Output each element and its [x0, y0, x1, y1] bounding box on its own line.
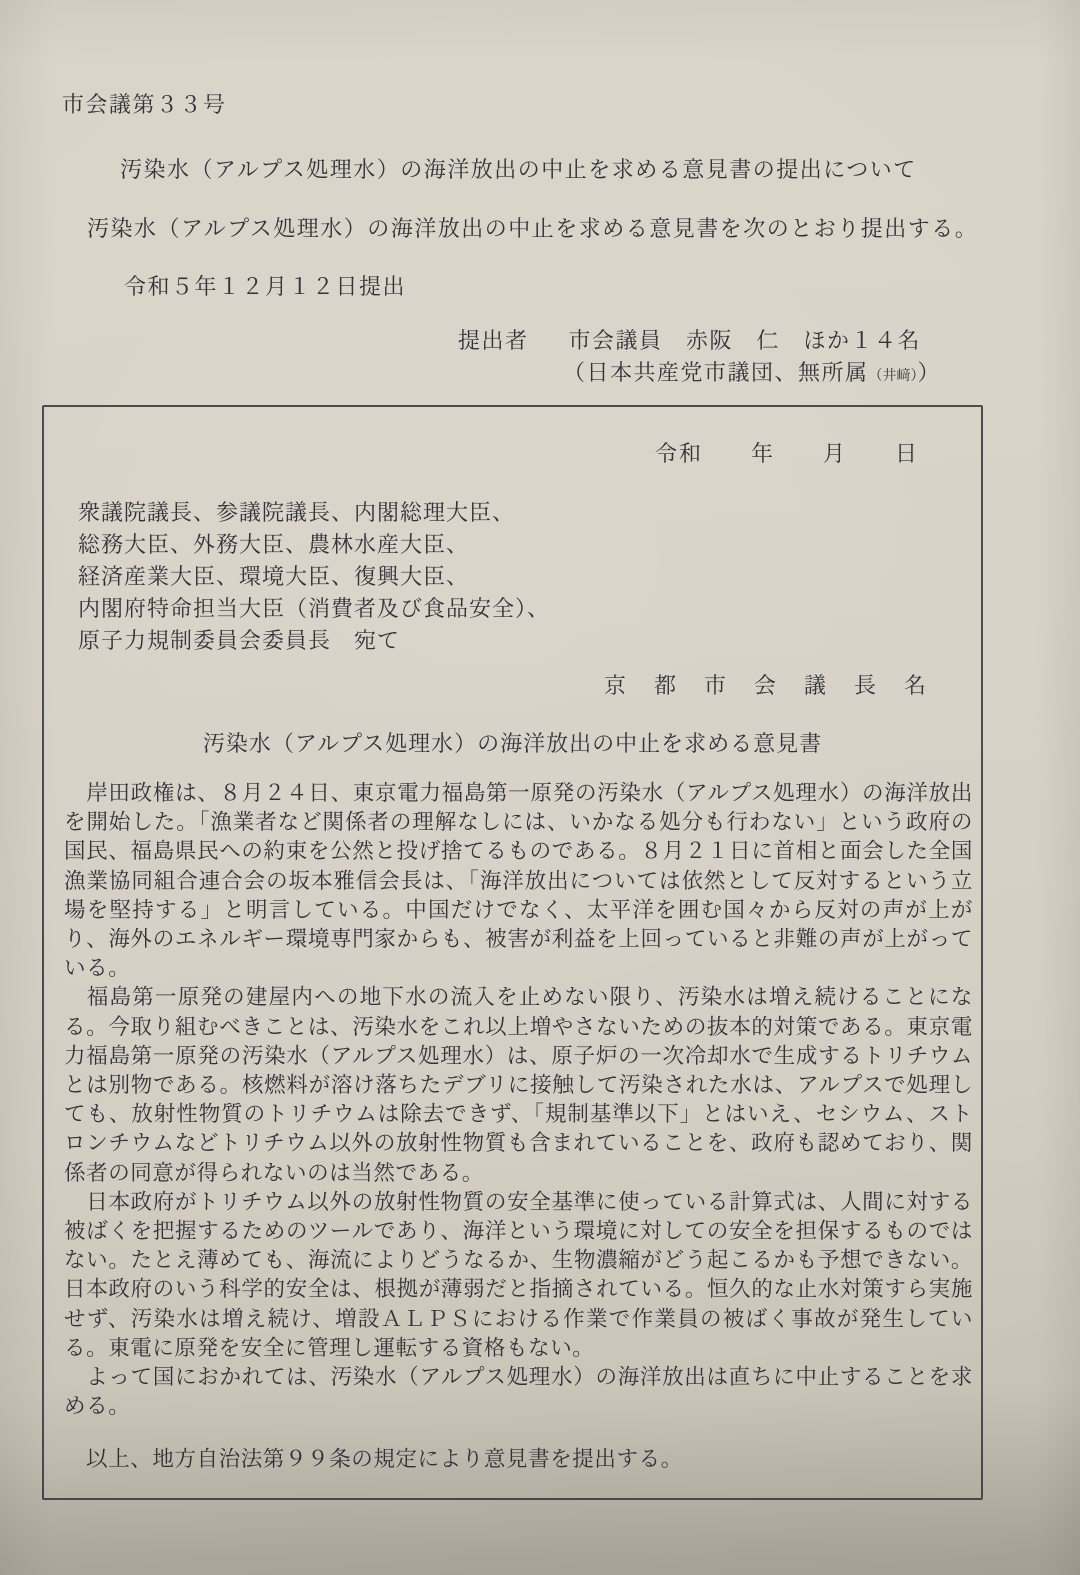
subject-title: 汚染水（アルプス処理水）の海洋放出の中止を求める意見書の提出について [120, 153, 917, 184]
addressee-line: 経済産業大臣、環境大臣、復興大臣、 [78, 561, 550, 593]
body-paragraph: 日本政府がトリチウム以外の放射性物質の安全基準に使っている計算式は、人間に対する… [64, 1188, 973, 1363]
submission-statement: 汚染水（アルプス処理水）の海洋放出の中止を求める意見書を次のとおり提出する。 [87, 212, 978, 243]
submitter-name: 市会議員 赤阪 仁 ほか１４名 [569, 328, 922, 353]
addressee-line: 総務大臣、外務大臣、農林水産大臣、 [78, 529, 550, 561]
opinion-letter-frame: 令和 年 月 日 衆議院議長、参議院議長、内閣総理大臣、 総務大臣、外務大臣、農… [42, 405, 983, 1500]
sender-name: 京 都 市 会 議 長 名 [604, 669, 929, 700]
body-paragraph: 福島第一原発の建屋内への地下水の流入を止めない限り、汚染水は増え続けることになる… [64, 983, 973, 1187]
addressee-line: 衆議院議長、参議院議長、内閣総理大臣、 [78, 497, 550, 529]
doc-number: 市会議第３３号 [62, 88, 227, 119]
affiliation-open: （日本共産党市議団、無所属 [563, 360, 869, 385]
submission-date: 令和５年１２月１２日提出 [124, 270, 406, 301]
submitter-label: 提出者 [458, 328, 529, 353]
letter-date-placeholder: 令和 年 月 日 [655, 437, 919, 468]
submitter-line: 提出者市会議員 赤阪 仁 ほか１４名 [458, 324, 921, 355]
body-paragraph: 岸田政権は、８月２４日、東京電力福島第一原発の汚染水（アルプス処理水）の海洋放出… [64, 779, 973, 983]
addressee-line: 原子力規制委員会委員長 宛て [78, 625, 550, 657]
body-paragraph: よって国におかれては、汚染水（アルプス処理水）の海洋放出は直ちに中止することを求… [64, 1363, 973, 1421]
addressee-list: 衆議院議長、参議院議長、内閣総理大臣、 総務大臣、外務大臣、農林水産大臣、 経済… [78, 497, 550, 657]
letter-title: 汚染水（アルプス処理水）の海洋放出の中止を求める意見書 [44, 727, 981, 758]
submitter-affiliation: （日本共産党市議団、無所属（井﨑）） [563, 356, 941, 387]
affiliation-close: ） [918, 360, 942, 385]
document-photo: 市会議第３３号 汚染水（アルプス処理水）の海洋放出の中止を求める意見書の提出につ… [0, 0, 1080, 1575]
closing-statement: 以上、地方自治法第９９条の規定により意見書を提出する。 [64, 1445, 973, 1474]
addressee-line: 内閣府特命担当大臣（消費者及び食品安全）、 [78, 593, 550, 625]
affiliation-note: （井﨑） [869, 369, 918, 384]
letter-body: 岸田政権は、８月２４日、東京電力福島第一原発の汚染水（アルプス処理水）の海洋放出… [64, 779, 973, 1475]
